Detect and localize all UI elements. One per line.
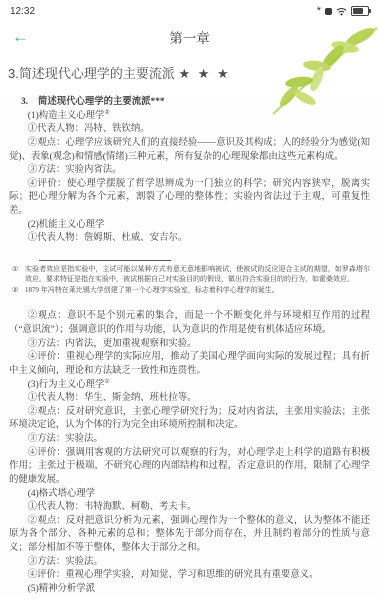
scan-paragraph: (4)格式塔心理学 (9, 488, 370, 502)
wifi-icon (336, 7, 347, 16)
status-bar: 12:32 * (0, 0, 379, 20)
status-icons: * (317, 6, 369, 16)
study-app-screen: { "status_bar": { "time": "12:32", "icon… (0, 0, 379, 600)
scan-paragraph: ①代表人物：华生、斯金纳、班杜拉等。 (9, 392, 370, 406)
footnote-list: ①实验者效应是指实验中，主试可能以某种方式有意无意地影响被试，使被试的反应迎合主… (9, 264, 370, 296)
scan-paragraph: (2)机能主义心理学 (9, 219, 370, 233)
scan-paragraph: ④评价：重视心理学实验，对知觉、学习和思维的研究具有重要意义。 (9, 569, 370, 583)
scan-block-2: ②观点：意识不是个别元素的集合，而是一个不断变化并与环境相互作用的过程（“意识流… (9, 310, 370, 596)
scan-paragraph: ④评价：强调用客观的方法研究可以观察的行为，对心理学走上科学的道路有积极作用；主… (9, 447, 370, 488)
scan-paragraph: (5)精神分析学派 (9, 583, 370, 597)
scan-paragraph: ②观点：心理学应该研究人们的直接经验——意识及其构成；人的经验分为感觉(知觉)、… (9, 137, 370, 164)
scanned-page[interactable]: 3.简述现代心理学的主要流派***(1)构造主义心理学②①代表人物：冯特、铁钦纳… (0, 96, 379, 597)
star-rating: ★ ★ ★ (178, 66, 230, 81)
scan-paragraph: ④评价：重视心理学的实际应用，推动了美国心理学面向实际的发展过程；具有折中主义倾… (9, 351, 370, 378)
scan-paragraph: ③方法：内省法，更加重视观察和实验。 (9, 338, 370, 352)
scan-paragraph: ③方法：实验法。 (9, 556, 370, 570)
question-title: 3.简述现代心理学的主要流派 ★ ★ ★ (8, 63, 379, 82)
scan-paragraph: ①代表人物：冯特、铁钦纳。 (9, 123, 370, 137)
scan-paragraph: ①代表人物：韦特海默、柯勒、考夫卡。 (9, 501, 370, 515)
scan-paragraph: (1)构造主义心理学② (9, 110, 370, 124)
footnote-item: ①实验者效应是指实验中，主试可能以某种方式有意无意地影响被试，使被试的反应迎合主… (9, 264, 370, 285)
scan-paragraph: 3.简述现代心理学的主要流派*** (9, 96, 370, 110)
question-title-text: 3.简述现代心理学的主要流派 (8, 66, 175, 81)
scan-paragraph: ③方法：实验法。 (9, 433, 370, 447)
scan-paragraph: ①代表人物：詹姆斯、杜威、安吉尔。 (9, 232, 370, 246)
scan-paragraph: ④评价：使心理学摆脱了哲学思辨成为一门独立的科学；研究内容狭窄，脱离实际；把心理… (9, 178, 370, 219)
asterisk-icon: * (317, 7, 321, 15)
scan-paragraph: (3)行为主义心理学① (9, 379, 370, 393)
footnote-divider (39, 260, 171, 261)
arrow-left-icon: ← (12, 27, 29, 46)
footnote-section: ①实验者效应是指实验中，主试可能以某种方式有意无意地影响被试，使被试的反应迎合主… (9, 260, 370, 296)
mute-icon (325, 8, 332, 15)
scan-paragraph: ③方法：实验内省法。 (9, 164, 370, 178)
scan-paragraph: ②观点：反对研究意识，主张心理学研究行为；反对内省法，主张用实验法；主张环境决定… (9, 406, 370, 433)
app-bar: ← 第一章 (0, 20, 379, 54)
scan-block-1: 3.简述现代心理学的主要流派***(1)构造主义心理学②①代表人物：冯特、铁钦纳… (9, 96, 370, 246)
page-title: 第一章 (169, 27, 210, 47)
footnote-item: ②1879 年冯特在莱比锡大学创建了第一个心理学实验室，标志着科学心理学的诞生。 (9, 285, 370, 296)
scan-paragraph: ②观点：意识不是个别元素的集合，而是一个不断变化并与环境相互作用的过程（“意识流… (9, 310, 370, 337)
battery-icon (351, 6, 369, 16)
back-button[interactable]: ← (12, 25, 29, 49)
status-time: 12:32 (10, 6, 35, 17)
scan-paragraph: ②观点：反对把意识分析为元素，强调心理作为一个整体的意义，认为整体不能还原为各个… (9, 515, 370, 556)
